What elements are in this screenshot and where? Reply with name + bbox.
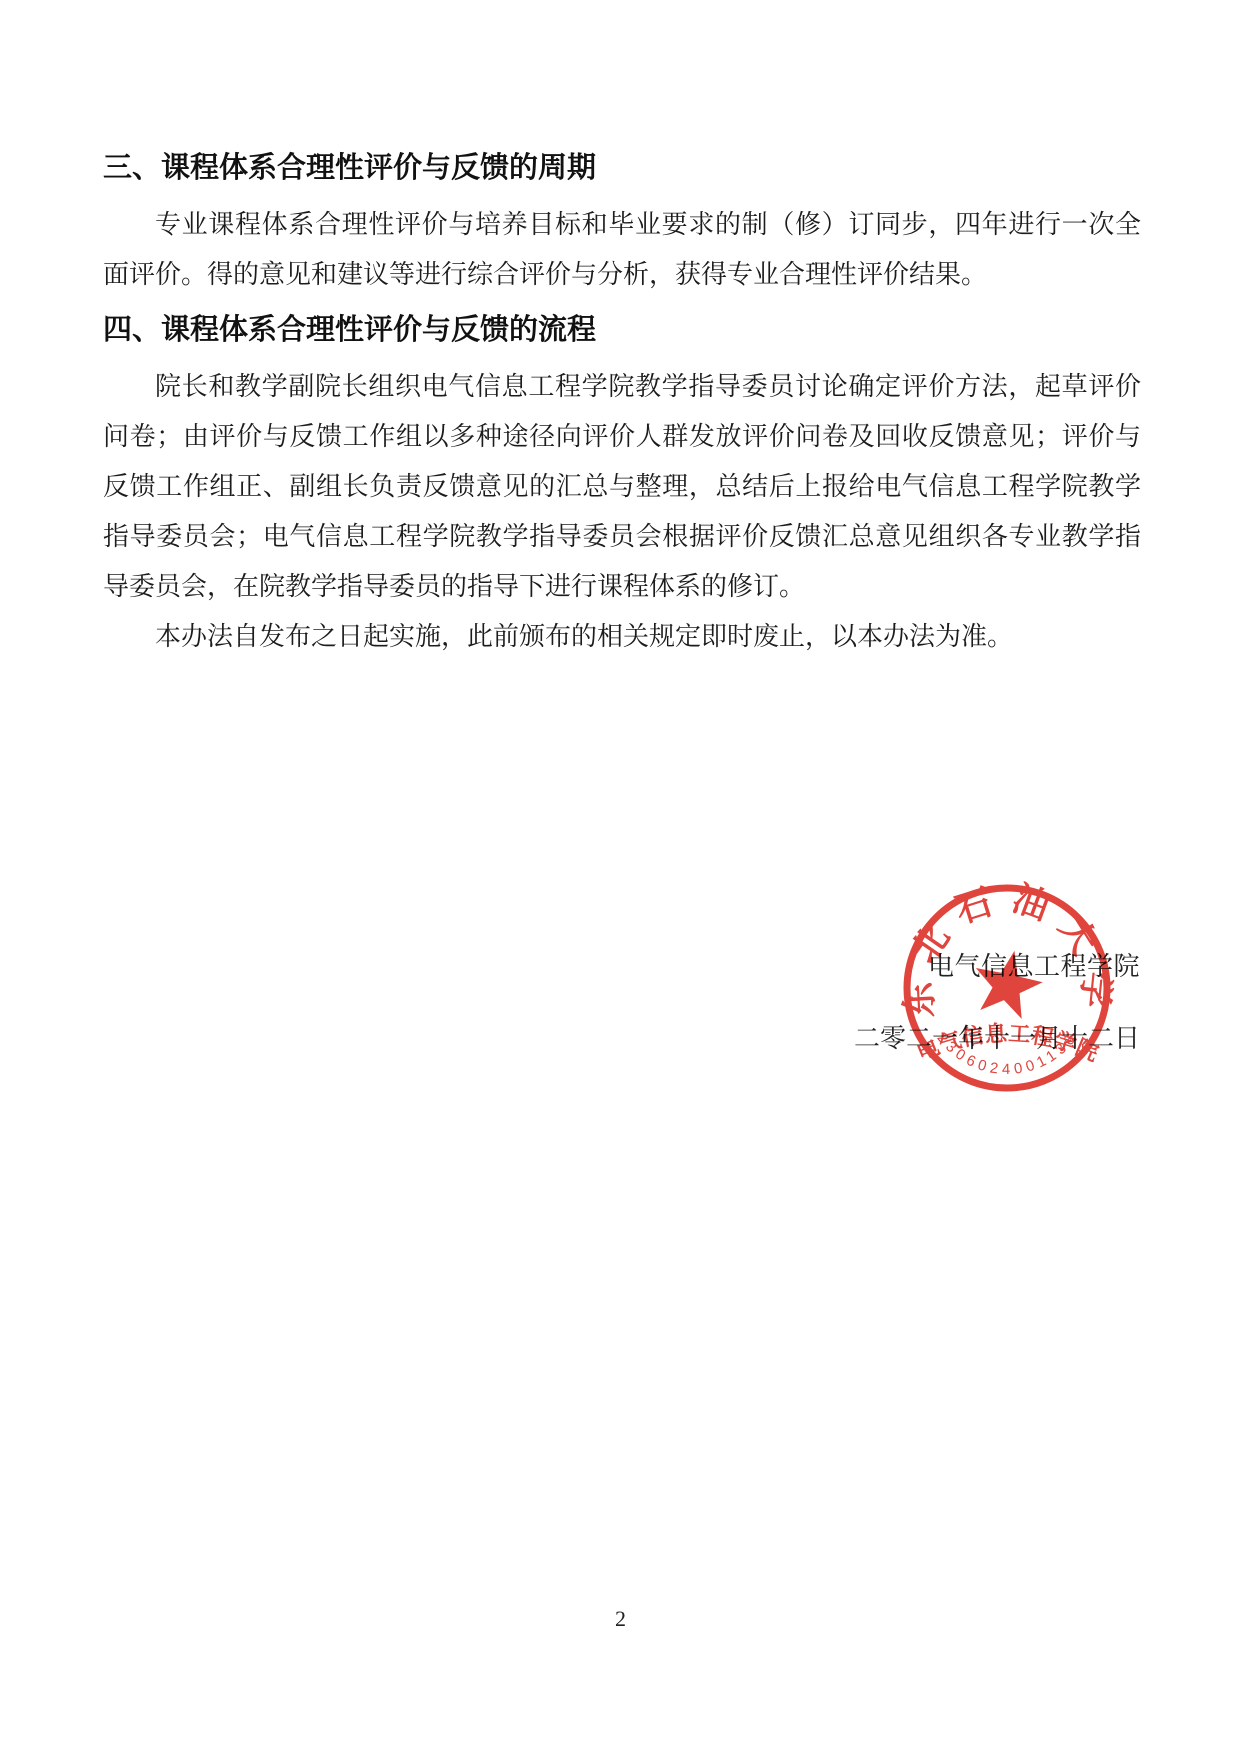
- section-heading-4: 四、课程体系合理性评价与反馈的流程: [103, 308, 1141, 352]
- section-3-paragraph: 专业课程体系合理性评价与培养目标和毕业要求的制（修）订同步，四年进行一次全面评价…: [103, 200, 1141, 300]
- section-heading-3: 三、课程体系合理性评价与反馈的周期: [103, 146, 1141, 190]
- section-4-paragraph-2: 本办法自发布之日起实施，此前颁布的相关规定即时废止，以本办法为准。: [103, 612, 1141, 662]
- document-page: 三、课程体系合理性评价与反馈的周期 专业课程体系合理性评价与培养目标和毕业要求的…: [0, 0, 1241, 1754]
- document-body: 三、课程体系合理性评价与反馈的周期 专业课程体系合理性评价与培养目标和毕业要求的…: [103, 146, 1141, 662]
- official-seal-stamp: 东北石油大学 电气信息工程学院 2306024001136: [895, 876, 1119, 1100]
- section-4-paragraph-1: 院长和教学副院长组织电气信息工程学院教学指导委员讨论确定评价方法，起草评价问卷；…: [103, 362, 1141, 612]
- page-number: 2: [0, 1606, 1241, 1632]
- star-icon: [967, 944, 1047, 1022]
